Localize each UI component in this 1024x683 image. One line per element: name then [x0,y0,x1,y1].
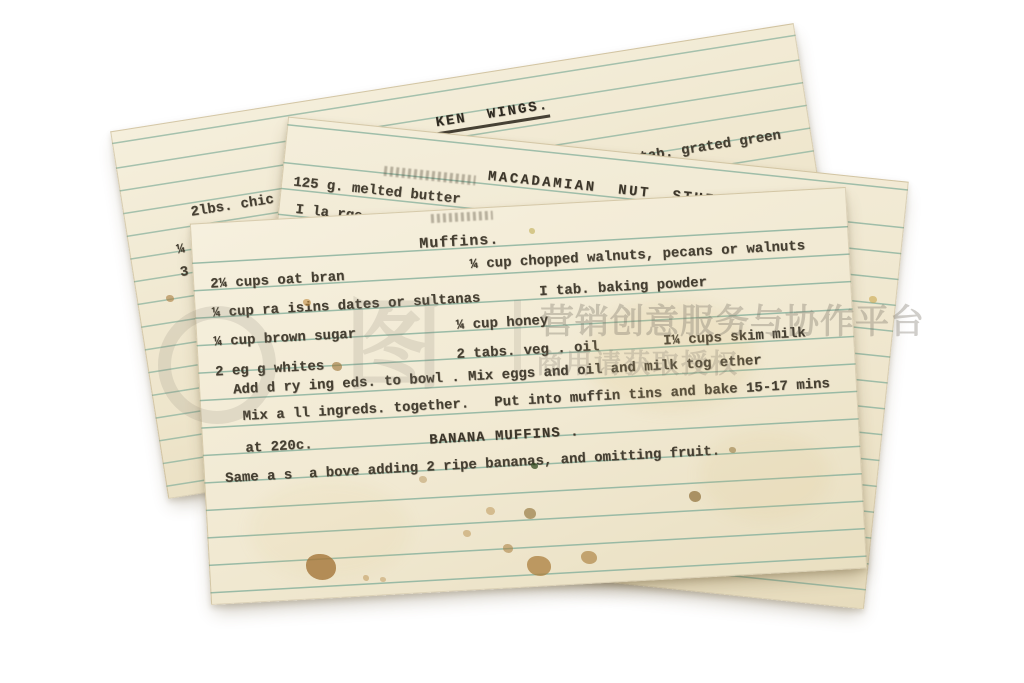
watermark-logo-ring [158,306,276,424]
coffee-stain [380,577,386,582]
muffins-ingredient-left: 2¼ cups oat bran [210,269,345,292]
muffins-card-title: Muffins. [419,231,500,252]
watermark-logo-glyph: 图 [344,296,444,396]
muffins-ingredient-right: ¼ cup honey [456,313,549,334]
coffee-stain [581,551,597,564]
muffins-ingredient-right: ¼ cup chopped walnuts, pecans or walnuts [469,238,805,273]
coffee-stain [303,299,311,306]
age-patch [700,430,830,520]
ink-speck [531,463,538,469]
wings-card-left-fragment: 2lbs. chic [190,192,275,221]
wings-card-margin-fragment: ¼ [175,241,186,258]
coffee-stain [503,544,513,553]
coffee-stain [524,508,536,519]
coffee-stain [729,447,736,453]
coffee-stain [463,530,471,537]
coffee-stain [363,575,369,581]
watermark-license-text: 商用请获取授权 [536,342,739,381]
coffee-stain [527,556,551,576]
wings-card-title-fragment: KEN WINGS. [435,98,551,136]
coffee-stain [306,554,336,580]
coffee-stain [689,491,701,502]
wings-card-margin-fragment: 3 [179,264,190,281]
coffee-stain [419,476,427,483]
banana-muffins-subtitle: BANANA MUFFINS . [429,424,580,448]
coffee-stain [529,228,535,234]
watermark-slogan-text: 营销创意服务与协作平台 [540,294,925,343]
photo-recipe-cards: KEN WINGS. tab. grated green 2lbs. chic … [0,0,1024,683]
coffee-stain [332,362,342,371]
watermark-divider-bar [514,300,521,372]
coffee-stain [486,507,495,515]
muffins-instruction-line: at 220c. [245,437,313,457]
struck-out-text-smudge [431,211,493,223]
coffee-stain [166,295,174,302]
struck-out-text-smudge [384,166,477,186]
